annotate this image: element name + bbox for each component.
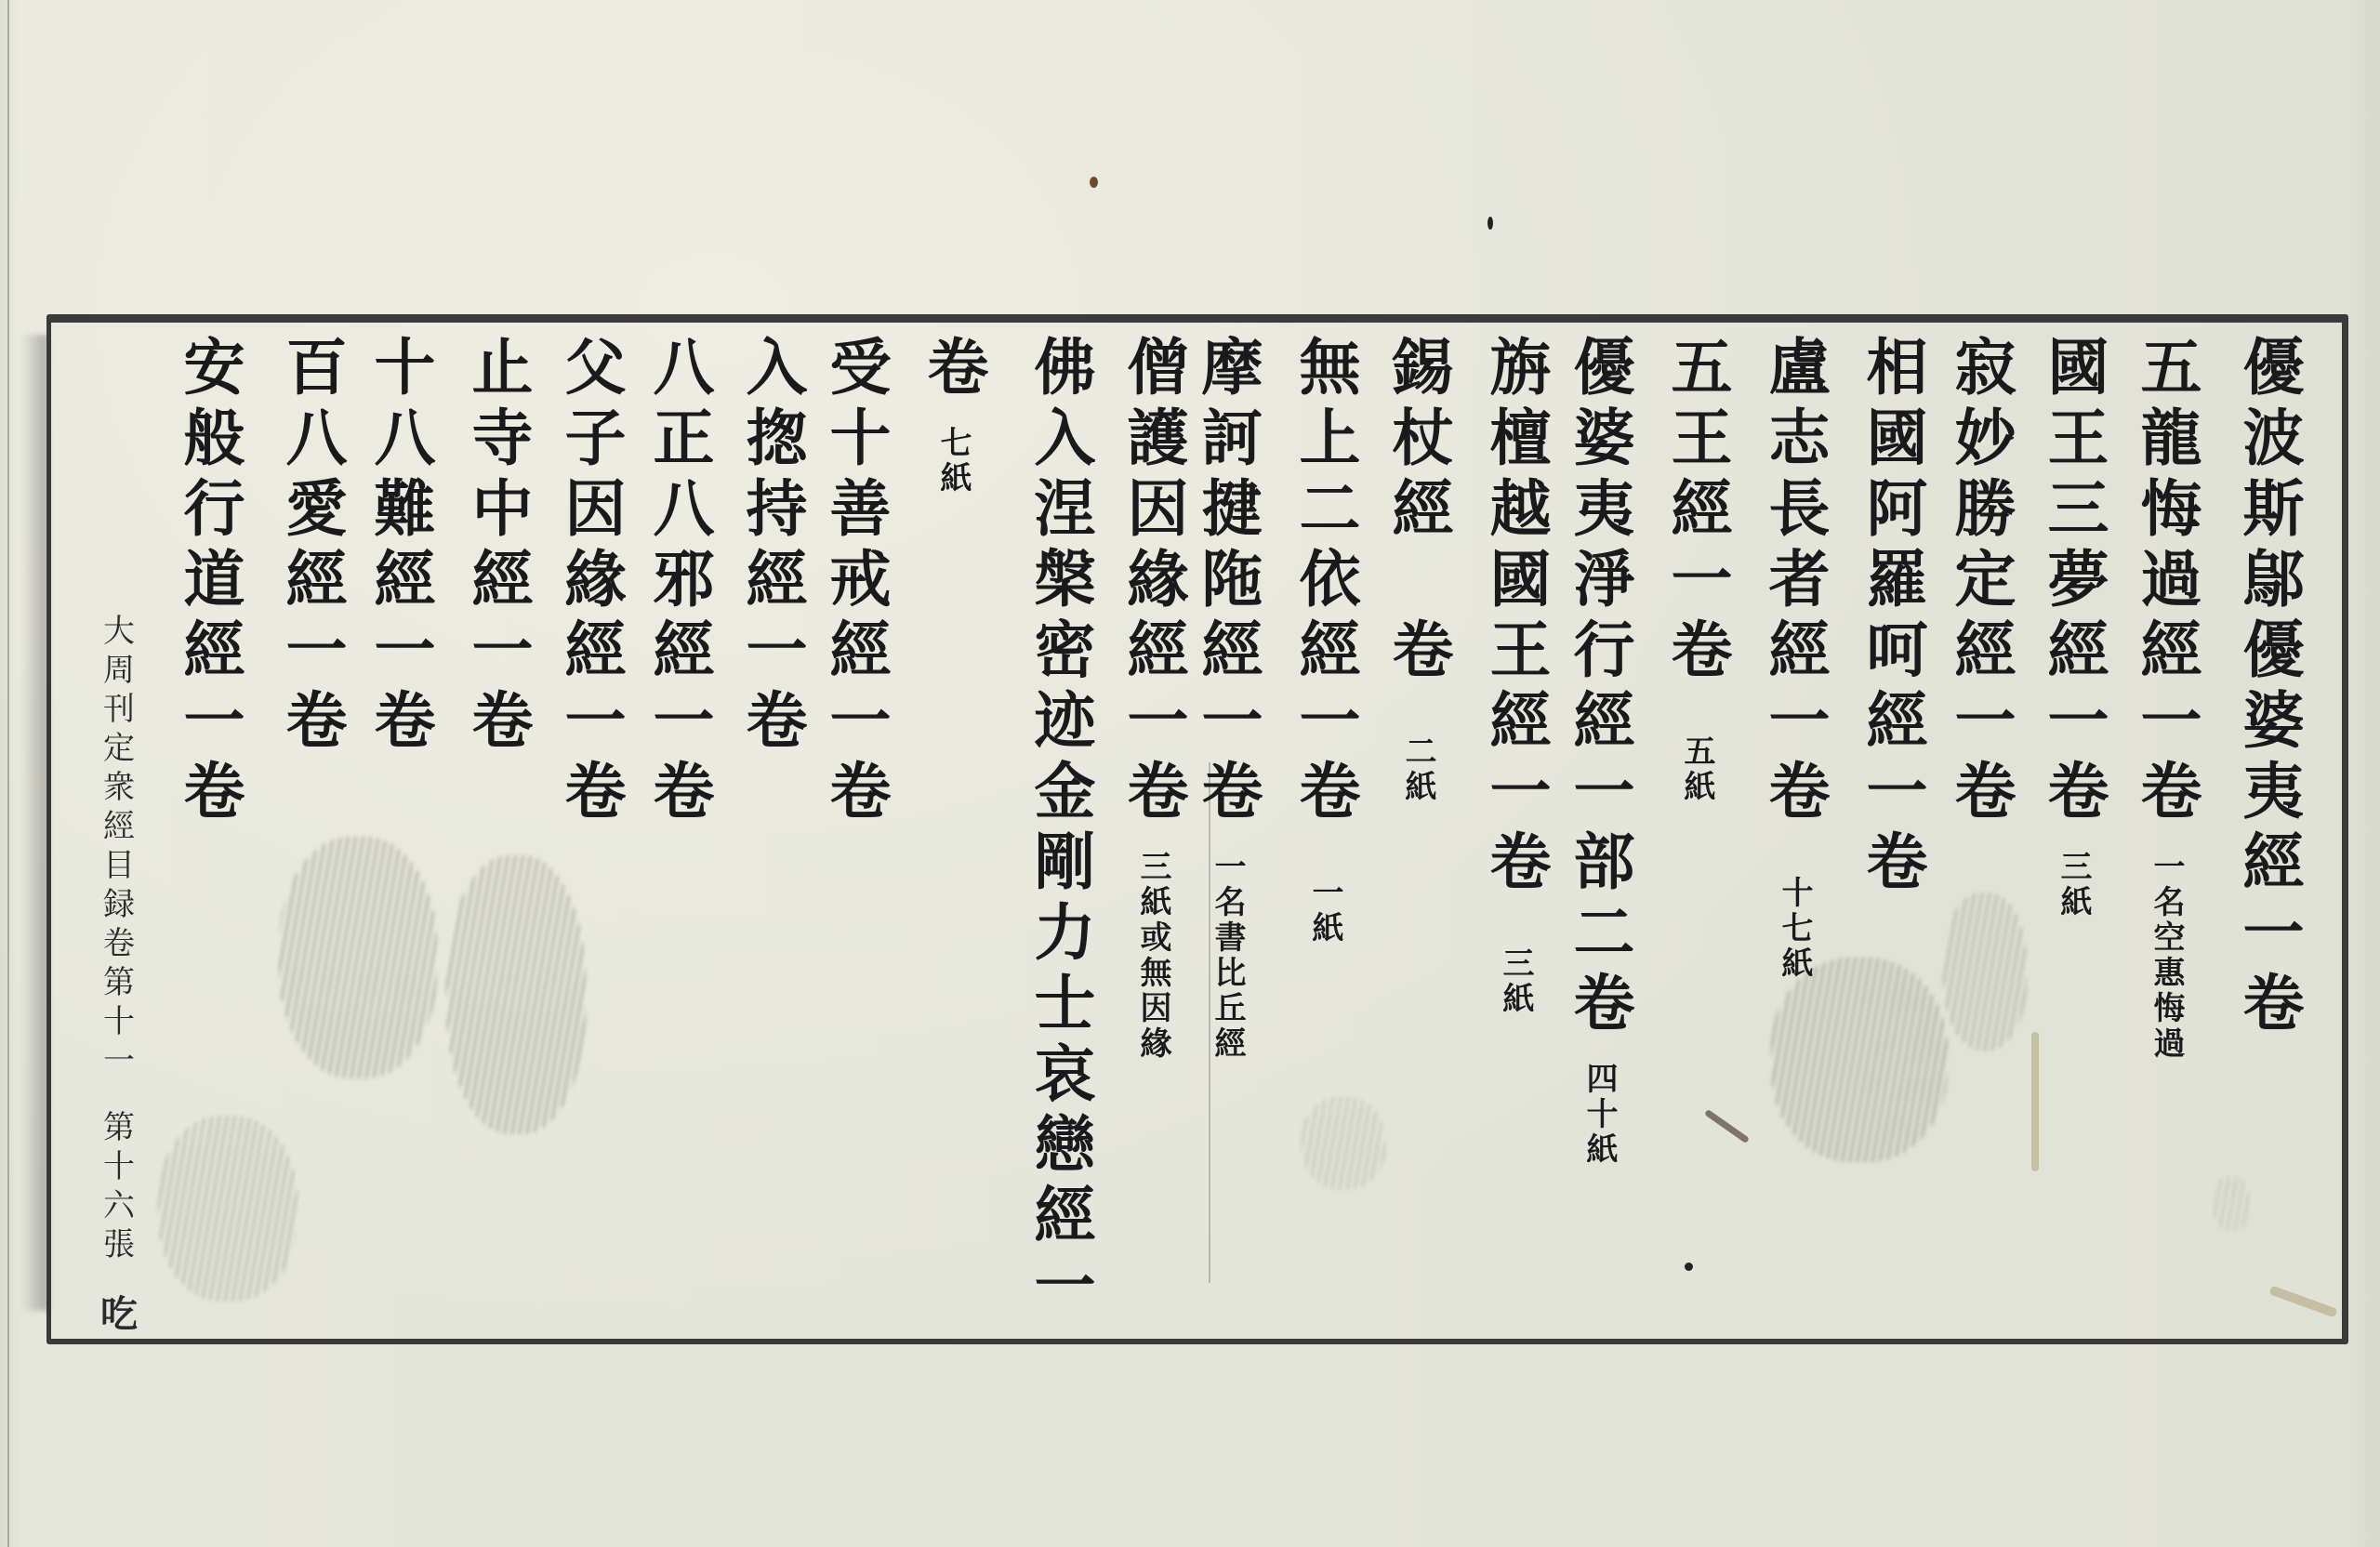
thousand-character-mark: 吃 — [90, 1294, 143, 1339]
annotation: 五紙 — [1681, 734, 1712, 805]
catalogue-column: 五王經一卷五紙 — [1666, 335, 1727, 805]
annotation: 三紙 — [1500, 946, 1531, 1017]
margin-title: 大周刊定衆經目録卷第十一第十六張吃 — [90, 614, 143, 1339]
sutra-entry: 八正八邪經一卷 — [642, 335, 715, 829]
annotation: 三紙或無因緣 — [1137, 850, 1169, 1062]
sutra-entry: 五王經一卷 — [1660, 335, 1733, 688]
catalogue-column: 八正八邪經一卷 — [648, 335, 709, 829]
sutra-entry: 安般行道經一卷 — [173, 335, 245, 829]
catalogue-column: 國王三夢經一卷三紙 — [2043, 335, 2104, 920]
sutra-entry: 錫杖經 卷 — [1382, 335, 1454, 688]
catalogue-column: 五龍悔過經一卷一名空惠悔過 — [2135, 335, 2197, 1062]
catalogue-column: 優波斯鄔優婆夷經一卷 — [2238, 335, 2299, 1041]
annotation: 七紙 — [937, 426, 969, 496]
catalogue-column: 相國阿羅呵經一卷 — [1861, 335, 1923, 900]
annotation: 一紙 — [1309, 876, 1341, 946]
sheet-number: 第十六張 — [94, 1110, 139, 1266]
ink-dot — [1487, 217, 1493, 230]
catalogue-column: 優婆夷淨行經一部二卷四十紙 — [1568, 335, 1630, 1168]
annotation: 一名書比丘經 — [1211, 850, 1243, 1062]
sutra-entry: 優婆夷淨行經一部二卷 — [1563, 335, 1635, 1041]
catalogue-column: 錫杖經 卷二紙 — [1387, 335, 1448, 805]
sutra-entry: 國王三夢經一卷 — [2037, 335, 2109, 829]
catalogue-column: 卷七紙 — [922, 335, 984, 496]
binding-shadow — [20, 335, 48, 1311]
sutra-entry: 佛入涅槃密迹金剛力士哀戀經一 — [1024, 335, 1096, 1324]
catalogue-column: 安般行道經一卷 — [178, 335, 240, 829]
catalogue-column: 百八愛經一卷 — [281, 335, 342, 759]
catalogue-column: 十八難經一卷 — [369, 335, 430, 759]
annotation: 一名空惠悔過 — [2150, 850, 2182, 1062]
sutra-entry: 十八難經一卷 — [364, 335, 436, 759]
catalogue-column: 入揔持經一卷 — [741, 335, 802, 759]
sutra-entry: 優波斯鄔優婆夷經一卷 — [2232, 335, 2305, 1041]
sutra-entry: 受十善戒經一卷 — [819, 335, 892, 829]
catalogue-column: 無上二依經一卷一紙 — [1294, 335, 1355, 946]
sutra-entry: 盧志長者經一卷 — [1758, 335, 1831, 829]
annotation: 十七紙 — [1778, 876, 1810, 982]
scanned-page: 優波斯鄔優婆夷經一卷 五龍悔過經一卷一名空惠悔過 國王三夢經一卷三紙 寂妙勝定經… — [0, 0, 2380, 1547]
sutra-entry: 僧護因緣經一卷 — [1117, 335, 1189, 829]
catalogue-title: 大周刊定衆經目録卷第十一 — [98, 614, 135, 1082]
catalogue-column: 受十善戒經一卷 — [825, 335, 886, 829]
catalogue-column: 僧護因緣經一卷三紙或無因緣 — [1122, 335, 1183, 1062]
sutra-entry: 卷 — [917, 335, 989, 405]
annotation: 二紙 — [1402, 734, 1434, 805]
ink-dot — [1090, 177, 1098, 188]
catalogue-column: 寂妙勝定經一卷 — [1950, 335, 2011, 829]
sutra-entry: 摩訶揵陁經一卷 — [1191, 335, 1263, 829]
catalogue-column: 盧志長者經一卷十七紙 — [1764, 335, 1825, 982]
catalogue-column: 父子因緣經一卷 — [560, 335, 621, 829]
sutra-entry: 百八愛經一卷 — [275, 335, 348, 759]
sutra-entry: 父子因緣經一卷 — [554, 335, 627, 829]
catalogue-column: 止寺中經一卷 — [467, 335, 528, 759]
sutra-entry: 五龍悔過經一卷 — [2130, 335, 2202, 829]
sutra-entry: 入揔持經一卷 — [735, 335, 808, 759]
sutra-entry: 止寺中經一卷 — [461, 335, 534, 759]
sutra-entry: 相國阿羅呵經一卷 — [1856, 335, 1928, 900]
annotation: 三紙 — [2057, 850, 2089, 920]
annotation: 四十紙 — [1583, 1062, 1615, 1168]
spine-line — [7, 0, 9, 1547]
catalogue-column: 旃檀越國王經一卷三紙 — [1485, 335, 1546, 1017]
sutra-entry: 無上二依經一卷 — [1289, 335, 1361, 829]
catalogue-column: 摩訶揵陁經一卷一名書比丘經 — [1197, 335, 1258, 1062]
sutra-entry: 旃檀越國王經一卷 — [1479, 335, 1552, 900]
sutra-entry: 寂妙勝定經一卷 — [1944, 335, 2016, 829]
catalogue-column: 佛入涅槃密迹金剛力士哀戀經一 — [1029, 335, 1091, 1324]
